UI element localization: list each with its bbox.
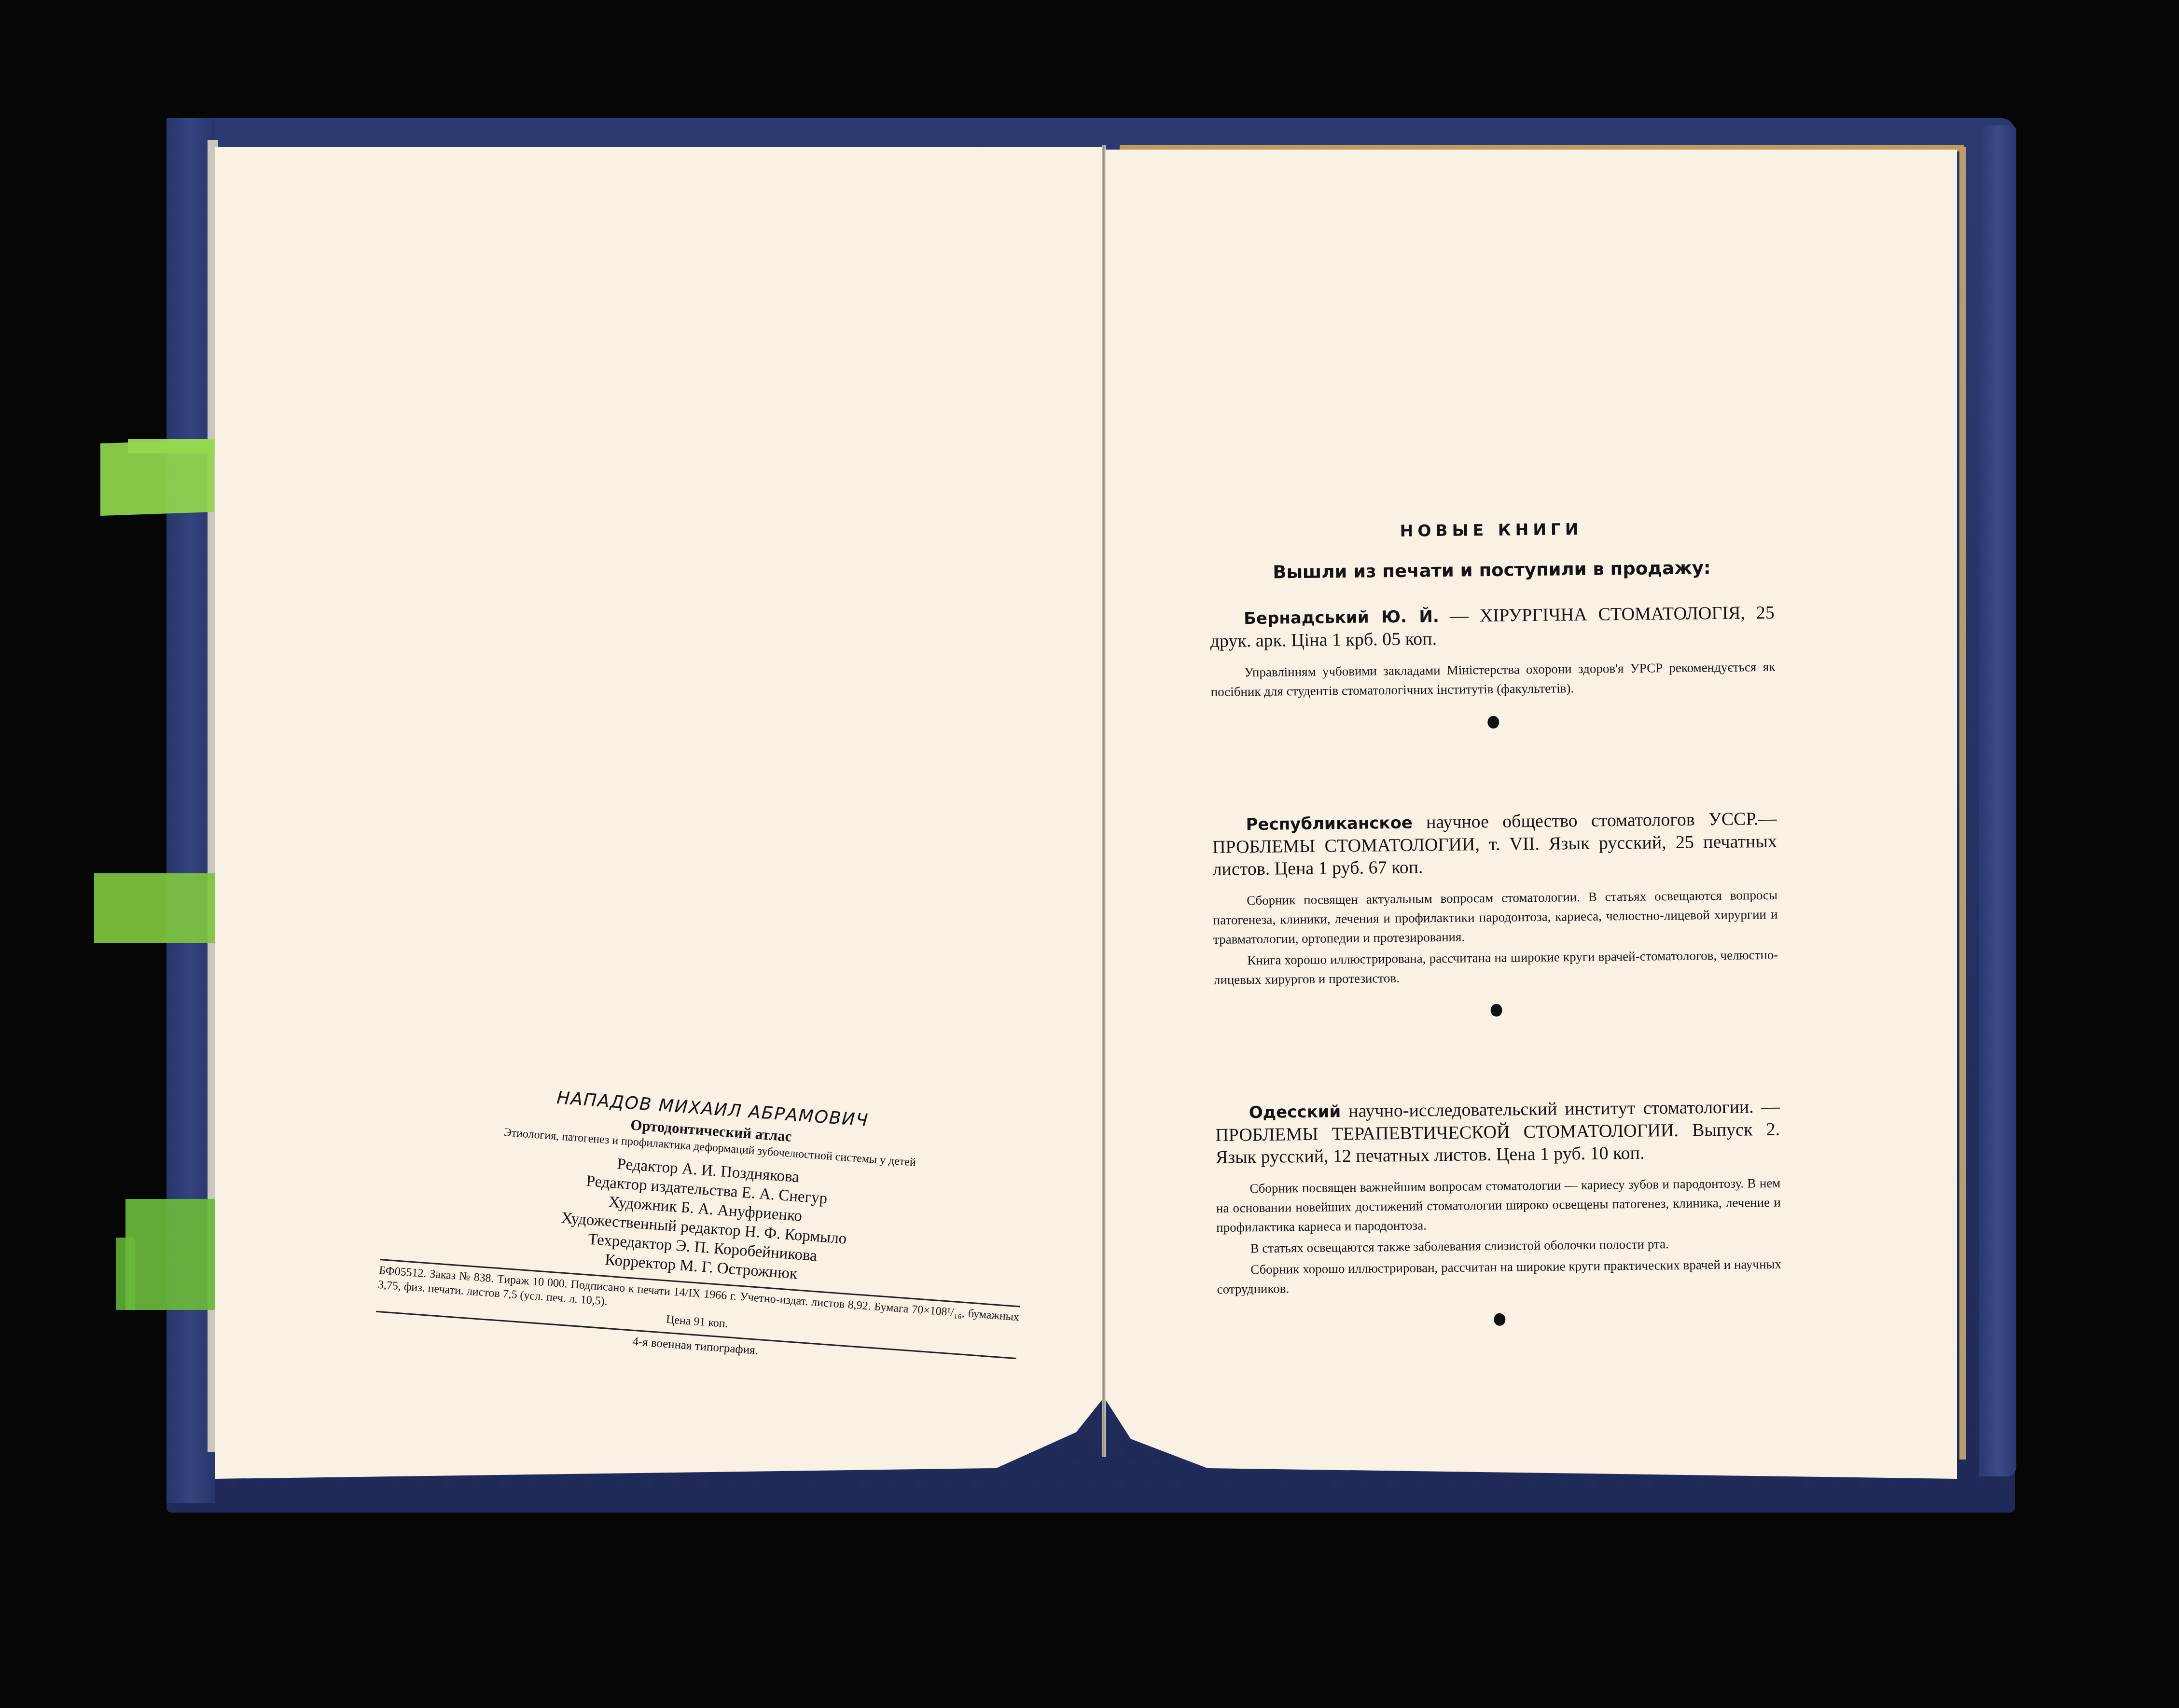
book-gutter xyxy=(1102,145,1106,1457)
entry-description: Сборник хорошо иллюстрирован, рассчитан … xyxy=(1217,1254,1782,1299)
colophon-imprint: НАПАДОВ МИХАИЛ АБРАМОВИЧ Ортодонтический… xyxy=(375,1076,1033,1377)
entry-author: Бернадський Ю. Й. xyxy=(1244,607,1439,628)
entry-description: В статьях освещаются также заболевания с… xyxy=(1217,1233,1781,1258)
new-books-announcement: НОВЫЕ КНИГИ Вышли из печати и поступили … xyxy=(1209,518,1782,1329)
bullet-separator-icon xyxy=(1487,716,1499,729)
bookmark-tab-bottom[interactable] xyxy=(125,1199,215,1310)
entry-author: Республиканское xyxy=(1246,813,1413,835)
entry-description: Сборник посвящен важнейшим вопросам стом… xyxy=(1216,1173,1781,1237)
bookmark-tab-middle[interactable] xyxy=(94,873,215,943)
entry-author: Одесский xyxy=(1249,1102,1341,1122)
book-citation: Бернадський Ю. Й. — ХІРУРГІЧНА СТОМАТОЛО… xyxy=(1210,602,1775,652)
bullet-separator-icon xyxy=(1490,1004,1502,1017)
book-entry: Республиканское научное общество стомато… xyxy=(1212,808,1778,1019)
bookmark-tab-top[interactable] xyxy=(100,440,214,516)
bullet-separator-icon xyxy=(1494,1313,1505,1326)
entry-description: Книга хорошо иллюстрирована, рассчитана … xyxy=(1213,945,1778,990)
book-citation: Республиканское научное общество стомато… xyxy=(1212,808,1777,881)
entry-description: Управлінням учбовими закладами Міністерс… xyxy=(1210,657,1776,702)
book-entry: Одесский научно-исследовательский инстит… xyxy=(1215,1096,1782,1329)
book-citation: Одесский научно-исследовательский инстит… xyxy=(1215,1096,1780,1169)
cover-right-edge xyxy=(1979,125,2016,1476)
entry-description: Сборник посвящен актуальным вопросам сто… xyxy=(1213,885,1778,949)
page-block-right-edge xyxy=(1959,147,1966,1460)
section-subheading: Вышли из печати и поступили в продажу: xyxy=(1209,557,1774,583)
book-entry: Бернадський Ю. Й. — ХІРУРГІЧНА СТОМАТОЛО… xyxy=(1210,602,1776,731)
